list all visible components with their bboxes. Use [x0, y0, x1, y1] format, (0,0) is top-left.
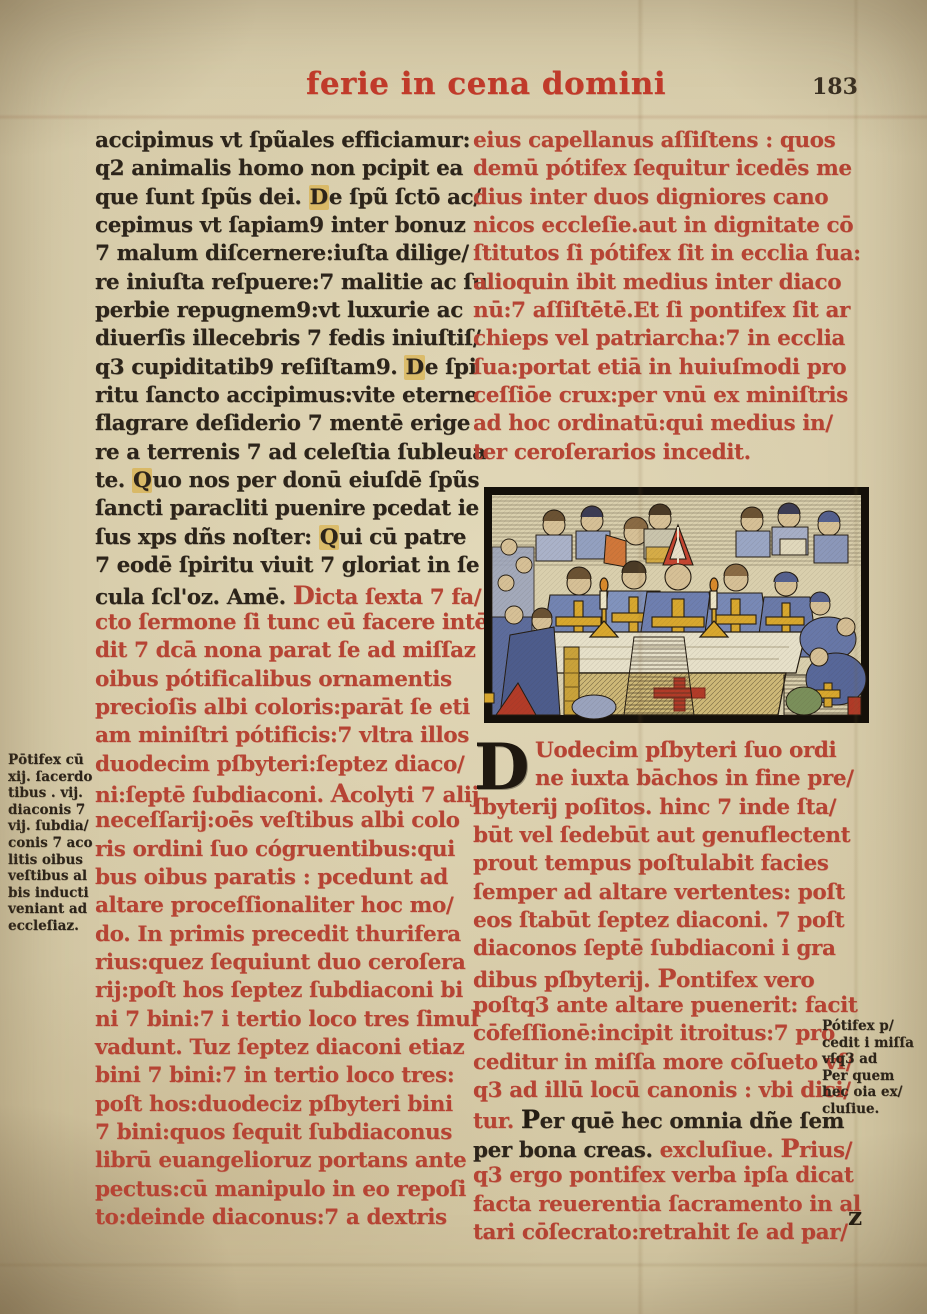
text-line: eccleſiaz.: [8, 918, 94, 935]
text-line: vij. ſubdia/: [8, 818, 94, 835]
text-line: xij. ſacerdo: [8, 769, 94, 786]
text-line: Uodecim pſbyteri ſuo ordi: [473, 737, 865, 765]
text-line: ſemper ad altare vertentes: poſt: [473, 879, 865, 907]
text-line: oibus pótificalibus ornamentis: [95, 666, 469, 694]
text-line: chieps vel patriarcha:7 in ecclia: [473, 325, 865, 353]
text-line: vſq3 ad: [822, 1051, 926, 1068]
drop-cap-initial: D: [474, 739, 530, 797]
text-line: librū euangelioruz portans ante: [95, 1147, 469, 1175]
text-line: q2 animalis homo non pcipit ea: [95, 155, 469, 183]
text-line: bis inducti: [8, 885, 94, 902]
text-line: diaconis 7: [8, 802, 94, 819]
text-line: ceſſiōe crux:per vnū ex miniſtris: [473, 382, 865, 410]
text-line: Pótifex p/: [822, 1018, 926, 1035]
text-line: accipimus vt ſpũales efficiamur:: [95, 127, 469, 155]
text-line: būt vel ſedebūt aut genuflectent: [473, 822, 865, 850]
text-line: cōfeſſionē:incipit itroitus:7 pro: [473, 1020, 865, 1048]
text-line: dit 7 dcā nona parat ſe ad miſſaz: [95, 637, 469, 665]
text-line: ſua:portat etiā in huiuſmodi pro: [473, 354, 865, 382]
text-line: Pōtifex cū: [8, 752, 94, 769]
text-line: bus oibus paratis : pcedunt ad: [95, 864, 469, 892]
text-line: ni:ſeptē ſubdiaconi. Acolyti 7 alij: [95, 779, 469, 807]
text-line: poſtq3 ante altare puenerit: facit: [473, 992, 865, 1020]
text-line: ni 7 bini:7 i tertio loco tres ſimul: [95, 1006, 469, 1034]
text-line: perbie repugnem9:vt luxurie ac: [95, 297, 469, 325]
text-line: duodecim pſbyteri:ſeptez diaco/: [95, 751, 469, 779]
text-line: te. Quo nos per donū eiuſdē ſpũs: [95, 467, 469, 495]
page-number: 183: [812, 74, 858, 100]
left-column-text: accipimus vt ſpũales efficiamur:q2 anima…: [95, 127, 469, 1232]
text-line: 7 malum diſcernere:iuſta dilige/: [95, 240, 469, 268]
text-line: ſtitutos ſi pótifex ſit in ecclia ſua:: [473, 240, 865, 268]
text-line: ritu ſancto accipimus:vite eterne: [95, 382, 469, 410]
incunable-page: ferie in cena domini 183 accipimus vt ſp…: [0, 0, 927, 1314]
text-line: neceſſarij:oēs veſtibus albi colo: [95, 807, 469, 835]
text-line: nū:7 aſſiſtētē.Et ſi pontifex ſit ar: [473, 297, 865, 325]
text-line: re a terrenis 7 ad celeſtia ſubleua: [95, 439, 469, 467]
right-column-upper-text: eius capellanus aſſiſtens : quosdemū pót…: [473, 127, 865, 467]
text-line: cedit i miſſa: [822, 1035, 926, 1052]
signature-mark: z: [848, 1202, 862, 1231]
text-line: tibus . vij.: [8, 785, 94, 802]
right-margin-note: Pótifex p/cedit i miſſavſq3 adPer quemhe…: [822, 1018, 926, 1118]
text-line: ſus xps dñs noſter: Qui cū patre: [95, 524, 469, 552]
text-line: altare proceſſionaliter hoc mo/: [95, 892, 469, 920]
text-line: bini 7 bini:7 in tertio loco tres:: [95, 1062, 469, 1090]
text-line: cluſiue.: [822, 1101, 926, 1118]
text-line: ris ordini ſuo cógruentibus:qui: [95, 836, 469, 864]
text-line: tur. Per quē hec omnia dñe ſem: [473, 1105, 865, 1133]
text-line: litis oibus: [8, 852, 94, 869]
text-line: do. In primis precedit thurifera: [95, 921, 469, 949]
text-line: cepimus vt ſapiam9 inter bonuz: [95, 212, 469, 240]
text-line: poſt hos:duodeciz pſbyteri bini: [95, 1091, 469, 1119]
text-line: veſtibus al: [8, 868, 94, 885]
text-line: am miniſtri pótificis:7 vltra illos: [95, 722, 469, 750]
text-line: ceditur in miſſa more cōſueto vſ/: [473, 1049, 865, 1077]
text-line: prout tempus poſtulabit facies: [473, 850, 865, 878]
text-line: tari cōſecrato:retrahit ſe ad par/: [473, 1219, 865, 1247]
text-line: ſbyterij poſitos. hinc 7 inde ſta/: [473, 794, 865, 822]
text-line: cto ſermone ſi tunc eū facere intē: [95, 609, 469, 637]
text-line: ad hoc ordinatū:qui medius in/: [473, 410, 865, 438]
running-title: ferie in cena domini: [306, 66, 666, 102]
text-line: flagrare deſiderio 7 mentē erige: [95, 410, 469, 438]
text-line: to:deinde diaconus:7 a dextris: [95, 1204, 469, 1232]
woodcut-illustration: [484, 487, 869, 723]
text-line: ter ceroſerarios incedit.: [473, 439, 865, 467]
text-line: Per quem: [822, 1068, 926, 1085]
text-line: per bona creas. excluſiue. Prius/: [473, 1134, 865, 1162]
text-line: conis 7 aco: [8, 835, 94, 852]
text-line: q3 ergo pontifex verba ipſa dicat: [473, 1162, 865, 1190]
text-line: dibus pſbyterij. Pontifex vero: [473, 964, 865, 992]
text-line: 7 bini:quos ſequit ſubdiaconus: [95, 1119, 469, 1147]
text-line: re iniuſta reſpuere:7 malitie ac ſu: [95, 269, 469, 297]
text-line: q3 ad illū locū canonis : vbi dici/: [473, 1077, 865, 1105]
text-line: diaconos ſeptē ſubdiaconi i gra: [473, 935, 865, 963]
text-line: hec oia ex/: [822, 1084, 926, 1101]
text-line: pectus:cū manipulo in eo repoſi: [95, 1176, 469, 1204]
text-line: demū pótifex ſequitur icedēs me: [473, 155, 865, 183]
text-line: eius capellanus aſſiſtens : quos: [473, 127, 865, 155]
text-line: 7 eodē ſpiritu viuit 7 gloriat in ſe: [95, 552, 469, 580]
text-line: vadunt. Tuz ſeptez diaconi etiaz: [95, 1034, 469, 1062]
text-line: q3 cupiditatib9 reſiſtam9. De ſpi: [95, 354, 469, 382]
text-line: eos ſtabūt ſeptez diaconi. 7 poſt: [473, 907, 865, 935]
left-margin-note: Pōtifex cūxij. ſacerdotibus . vij.diacon…: [8, 752, 94, 935]
text-line: cula ſcl'oz. Amē. Dicta ſexta 7 fa/: [95, 581, 469, 609]
text-line: ne iuxta bāchos in fine pre/: [473, 765, 865, 793]
text-line: facta reuerentia ſacramento in al: [473, 1191, 865, 1219]
text-line: dius inter duos digniores cano: [473, 184, 865, 212]
text-line: alioquin ibit medius inter diaco: [473, 269, 865, 297]
text-line: diuerſis illecebris 7 fedis iniuſtiſ/: [95, 325, 469, 353]
text-line: ſancti paracliti puenire pcedat ie: [95, 495, 469, 523]
text-line: veniant ad: [8, 901, 94, 918]
text-line: que ſunt ſpũs dei. De ſpũ ſctō ac/: [95, 184, 469, 212]
text-line: nicos eccleſie.aut in dignitate cō: [473, 212, 865, 240]
text-line: rius:quez ſequiunt duo ceroſera: [95, 949, 469, 977]
text-line: precioſis albi coloris:parāt ſe eti: [95, 694, 469, 722]
woodcut-texture: [492, 495, 861, 715]
text-line: rij:poſt hos ſeptez ſubdiaconi bi: [95, 977, 469, 1005]
right-column-lower-text: Uodecim pſbyteri ſuo ordine iuxta bāchos…: [473, 737, 865, 1247]
